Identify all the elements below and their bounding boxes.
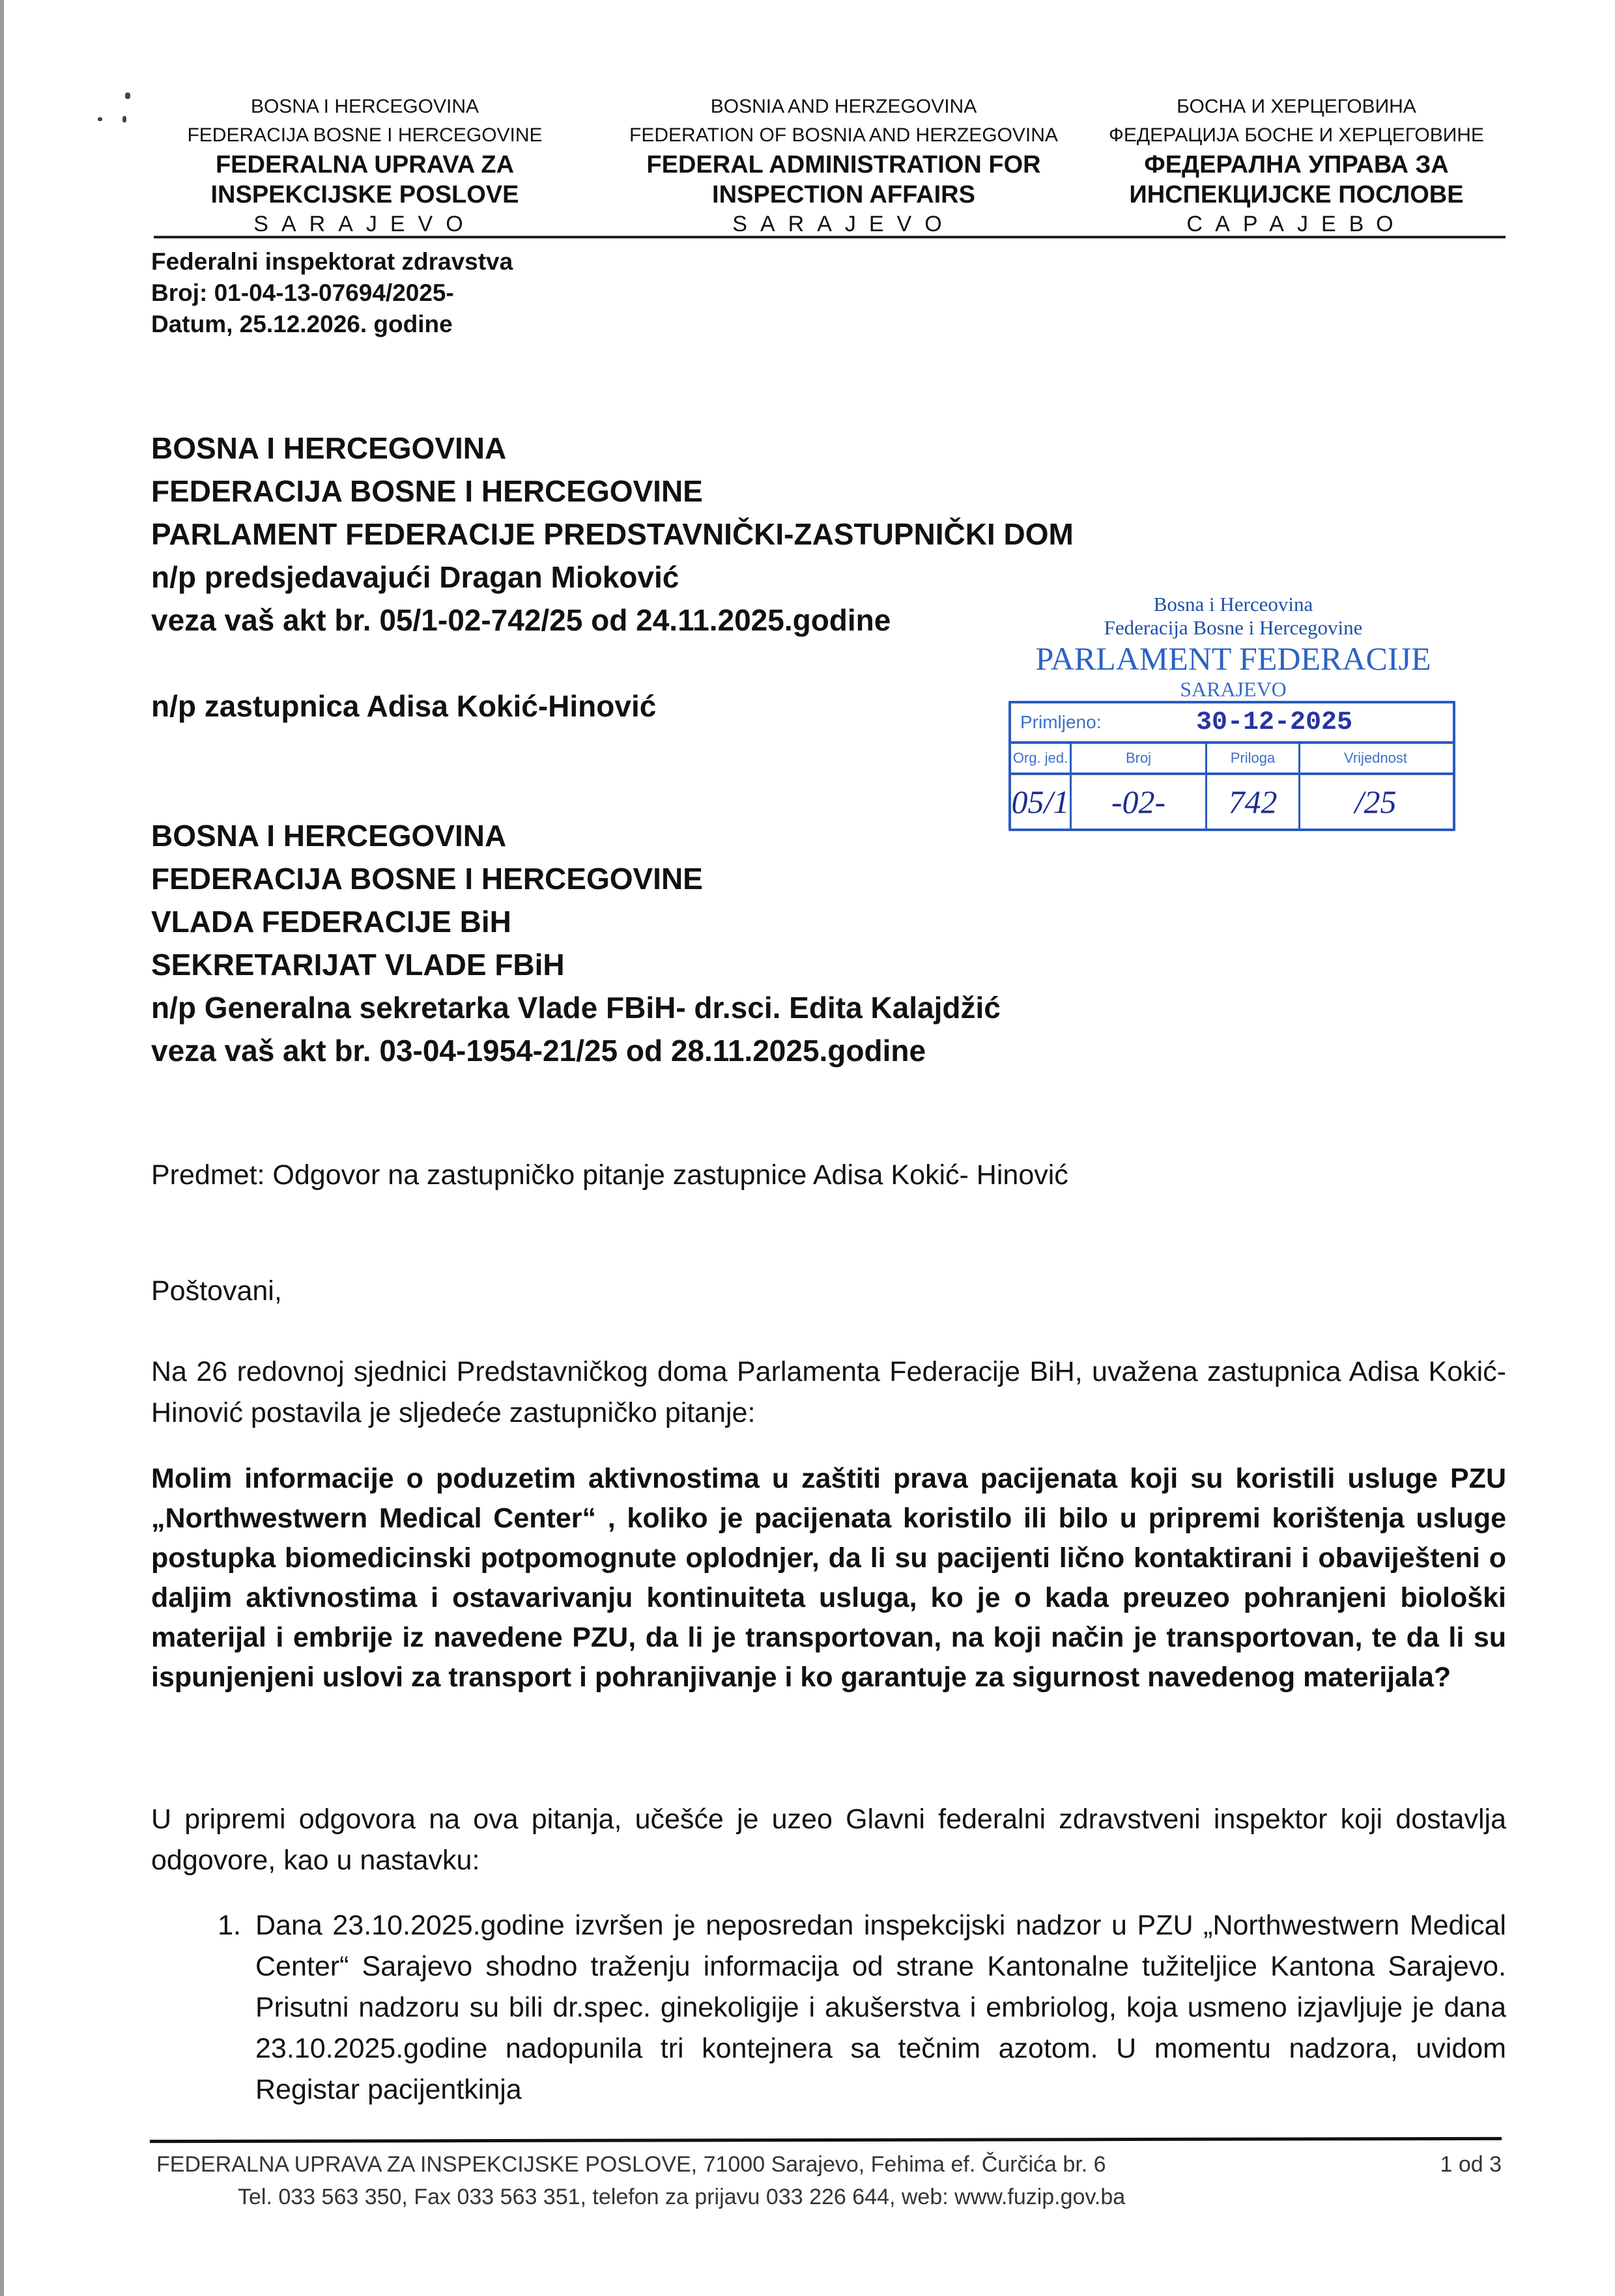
letterhead: BOSNA I HERCEGOVINA FEDERACIJA BOSNE I H… <box>130 92 1505 238</box>
footer-address: FEDERALNA UPRAVA ZA INSPEKCIJSKE POSLOVE… <box>156 2148 1106 2181</box>
question-paragraph: Molim informacije o poduzetim aktivnosti… <box>151 1459 1506 1697</box>
stamp-city: SARAJEVO <box>1008 677 1458 701</box>
letterhead-line: FEDERACIJA BOSNE I HERCEGOVINE <box>130 121 599 150</box>
recipient-attention: n/p zastupnica Adisa Kokić-Hinović <box>151 685 1074 728</box>
recipient-parliament: BOSNA I HERCEGOVINA FEDERACIJA BOSNE I H… <box>151 427 1074 728</box>
document-date: Datum, 25.12.2026. godine <box>151 309 513 340</box>
received-stamp: Bosna i Herceovina Federacija Bosne i He… <box>1008 593 1458 831</box>
list-number: 1. <box>151 1905 255 2110</box>
stamp-header-value: Vrijednost <box>1300 744 1451 772</box>
footer: FEDERALNA UPRAVA ZA INSPEKCIJSKE POSLOVE… <box>156 2148 1502 2213</box>
stamp-header-org: Org. jed. <box>1011 744 1072 772</box>
letterhead-city: САРАЈЕВО <box>1088 210 1505 238</box>
letterhead-divider <box>154 236 1506 238</box>
recipient-line: SEKRETARIJAT VLADE FBiH <box>151 943 1001 986</box>
recipient-line: BOSNA I HERCEGOVINA <box>151 814 1001 857</box>
recipient-government: BOSNA I HERCEGOVINA FEDERACIJA BOSNE I H… <box>151 814 1001 1072</box>
intro-paragraph: Na 26 redovnoj sjednici Predstavničkog d… <box>151 1352 1506 1434</box>
issuer-department: Federalni inspektorat zdravstva <box>151 246 513 277</box>
letterhead-line: FEDERALNA UPRAVA ZA <box>130 150 599 180</box>
recipient-line: BOSNA I HERCEGOVINA <box>151 427 1074 470</box>
recipient-line: PARLAMENT FEDERACIJE PREDSTAVNIČKI-ZASTU… <box>151 513 1074 556</box>
preparation-paragraph: U pripremi odgovora na ova pitanja, učeš… <box>151 1799 1506 1881</box>
footer-contact: Tel. 033 563 350, Fax 033 563 351, telef… <box>156 2181 1502 2213</box>
answer-list-item: 1. Dana 23.10.2025.godine izvršen je nep… <box>151 1905 1506 2110</box>
letterhead-line: ИНСПЕКЦИЈСКЕ ПОСЛОВЕ <box>1088 180 1505 210</box>
stamp-header-number: Broj <box>1072 744 1207 772</box>
subject-line: Predmet: Odgovor na zastupničko pitanje … <box>151 1159 1068 1191</box>
stamp-line: Federacija Bosne i Hercegovine <box>1008 616 1458 640</box>
letterhead-line: ФЕДЕРАЦИЈА БОСНЕ И ХЕРЦЕГОВИНЕ <box>1088 121 1505 150</box>
stamp-line: Bosna i Herceovina <box>1008 593 1458 616</box>
letterhead-line: BOSNA I HERCEGOVINA <box>130 92 599 121</box>
stamp-box: Primljeno: 30-12-2025 Org. jed. Broj Pri… <box>1008 701 1455 831</box>
salutation: Poštovani, <box>151 1275 282 1307</box>
letterhead-line: INSPEKCIJSKE POSLOVE <box>130 180 599 210</box>
stamp-title: PARLAMENT FEDERACIJE <box>1008 640 1458 677</box>
recipient-reference: veza vaš akt br. 05/1-02-742/25 od 24.11… <box>151 599 1074 642</box>
recipient-attention: n/p Generalna sekretarka Vlade FBiH- dr.… <box>151 986 1001 1029</box>
stamp-value-number: -02- <box>1072 775 1207 829</box>
letterhead-bosnian: BOSNA I HERCEGOVINA FEDERACIJA BOSNE I H… <box>130 92 599 238</box>
footer-divider <box>150 2137 1502 2143</box>
recipient-line: FEDERACIJA BOSNE I HERCEGOVINE <box>151 857 1001 900</box>
stamp-value-value: /25 <box>1300 775 1451 829</box>
list-text: Dana 23.10.2025.godine izvršen je neposr… <box>255 1905 1506 2110</box>
stamp-header: Bosna i Herceovina Federacija Bosne i He… <box>1008 593 1458 701</box>
stamp-value-org: 05/1 <box>1011 775 1072 829</box>
recipient-line: FEDERACIJA BOSNE I HERCEGOVINE <box>151 470 1074 513</box>
stamp-received-label: Primljeno: <box>1020 712 1196 733</box>
letterhead-line: ФЕДЕРАЛНА УПРАВА ЗА <box>1088 150 1505 180</box>
letterhead-cyrillic: БОСНА И ХЕРЦЕГОВИНА ФЕДЕРАЦИЈА БОСНЕ И Х… <box>1088 92 1505 238</box>
recipient-line: n/p predsjedavajući Dragan Mioković <box>151 556 1074 599</box>
letterhead-city: SARAJEVO <box>130 210 599 238</box>
recipient-reference: veza vaš akt br. 03-04-1954-21/25 od 28.… <box>151 1029 1001 1072</box>
letterhead-line: INSPECTION AFFAIRS <box>603 180 1085 210</box>
recipient-line: VLADA FEDERACIJE BiH <box>151 900 1001 943</box>
scan-edge <box>0 0 4 2296</box>
document-number: Broj: 01-04-13-07694/2025- <box>151 277 513 309</box>
stamp-header-attachments: Priloga <box>1207 744 1300 772</box>
stamp-received-date: 30-12-2025 <box>1196 708 1352 737</box>
letterhead-line: BOSNIA AND HERZEGOVINA <box>603 92 1085 121</box>
letterhead-city: SARAJEVO <box>603 210 1085 238</box>
letterhead-english: BOSNIA AND HERZEGOVINA FEDERATION OF BOS… <box>603 92 1085 238</box>
stamp-value-attachments: 742 <box>1207 775 1300 829</box>
letterhead-line: FEDERAL ADMINISTRATION FOR <box>603 150 1085 180</box>
letterhead-line: FEDERATION OF BOSNIA AND HERZEGOVINA <box>603 121 1085 150</box>
page-number: 1 od 3 <box>1440 2148 1502 2181</box>
issuer-block: Federalni inspektorat zdravstva Broj: 01… <box>151 246 513 340</box>
letterhead-line: БОСНА И ХЕРЦЕГОВИНА <box>1088 92 1505 121</box>
